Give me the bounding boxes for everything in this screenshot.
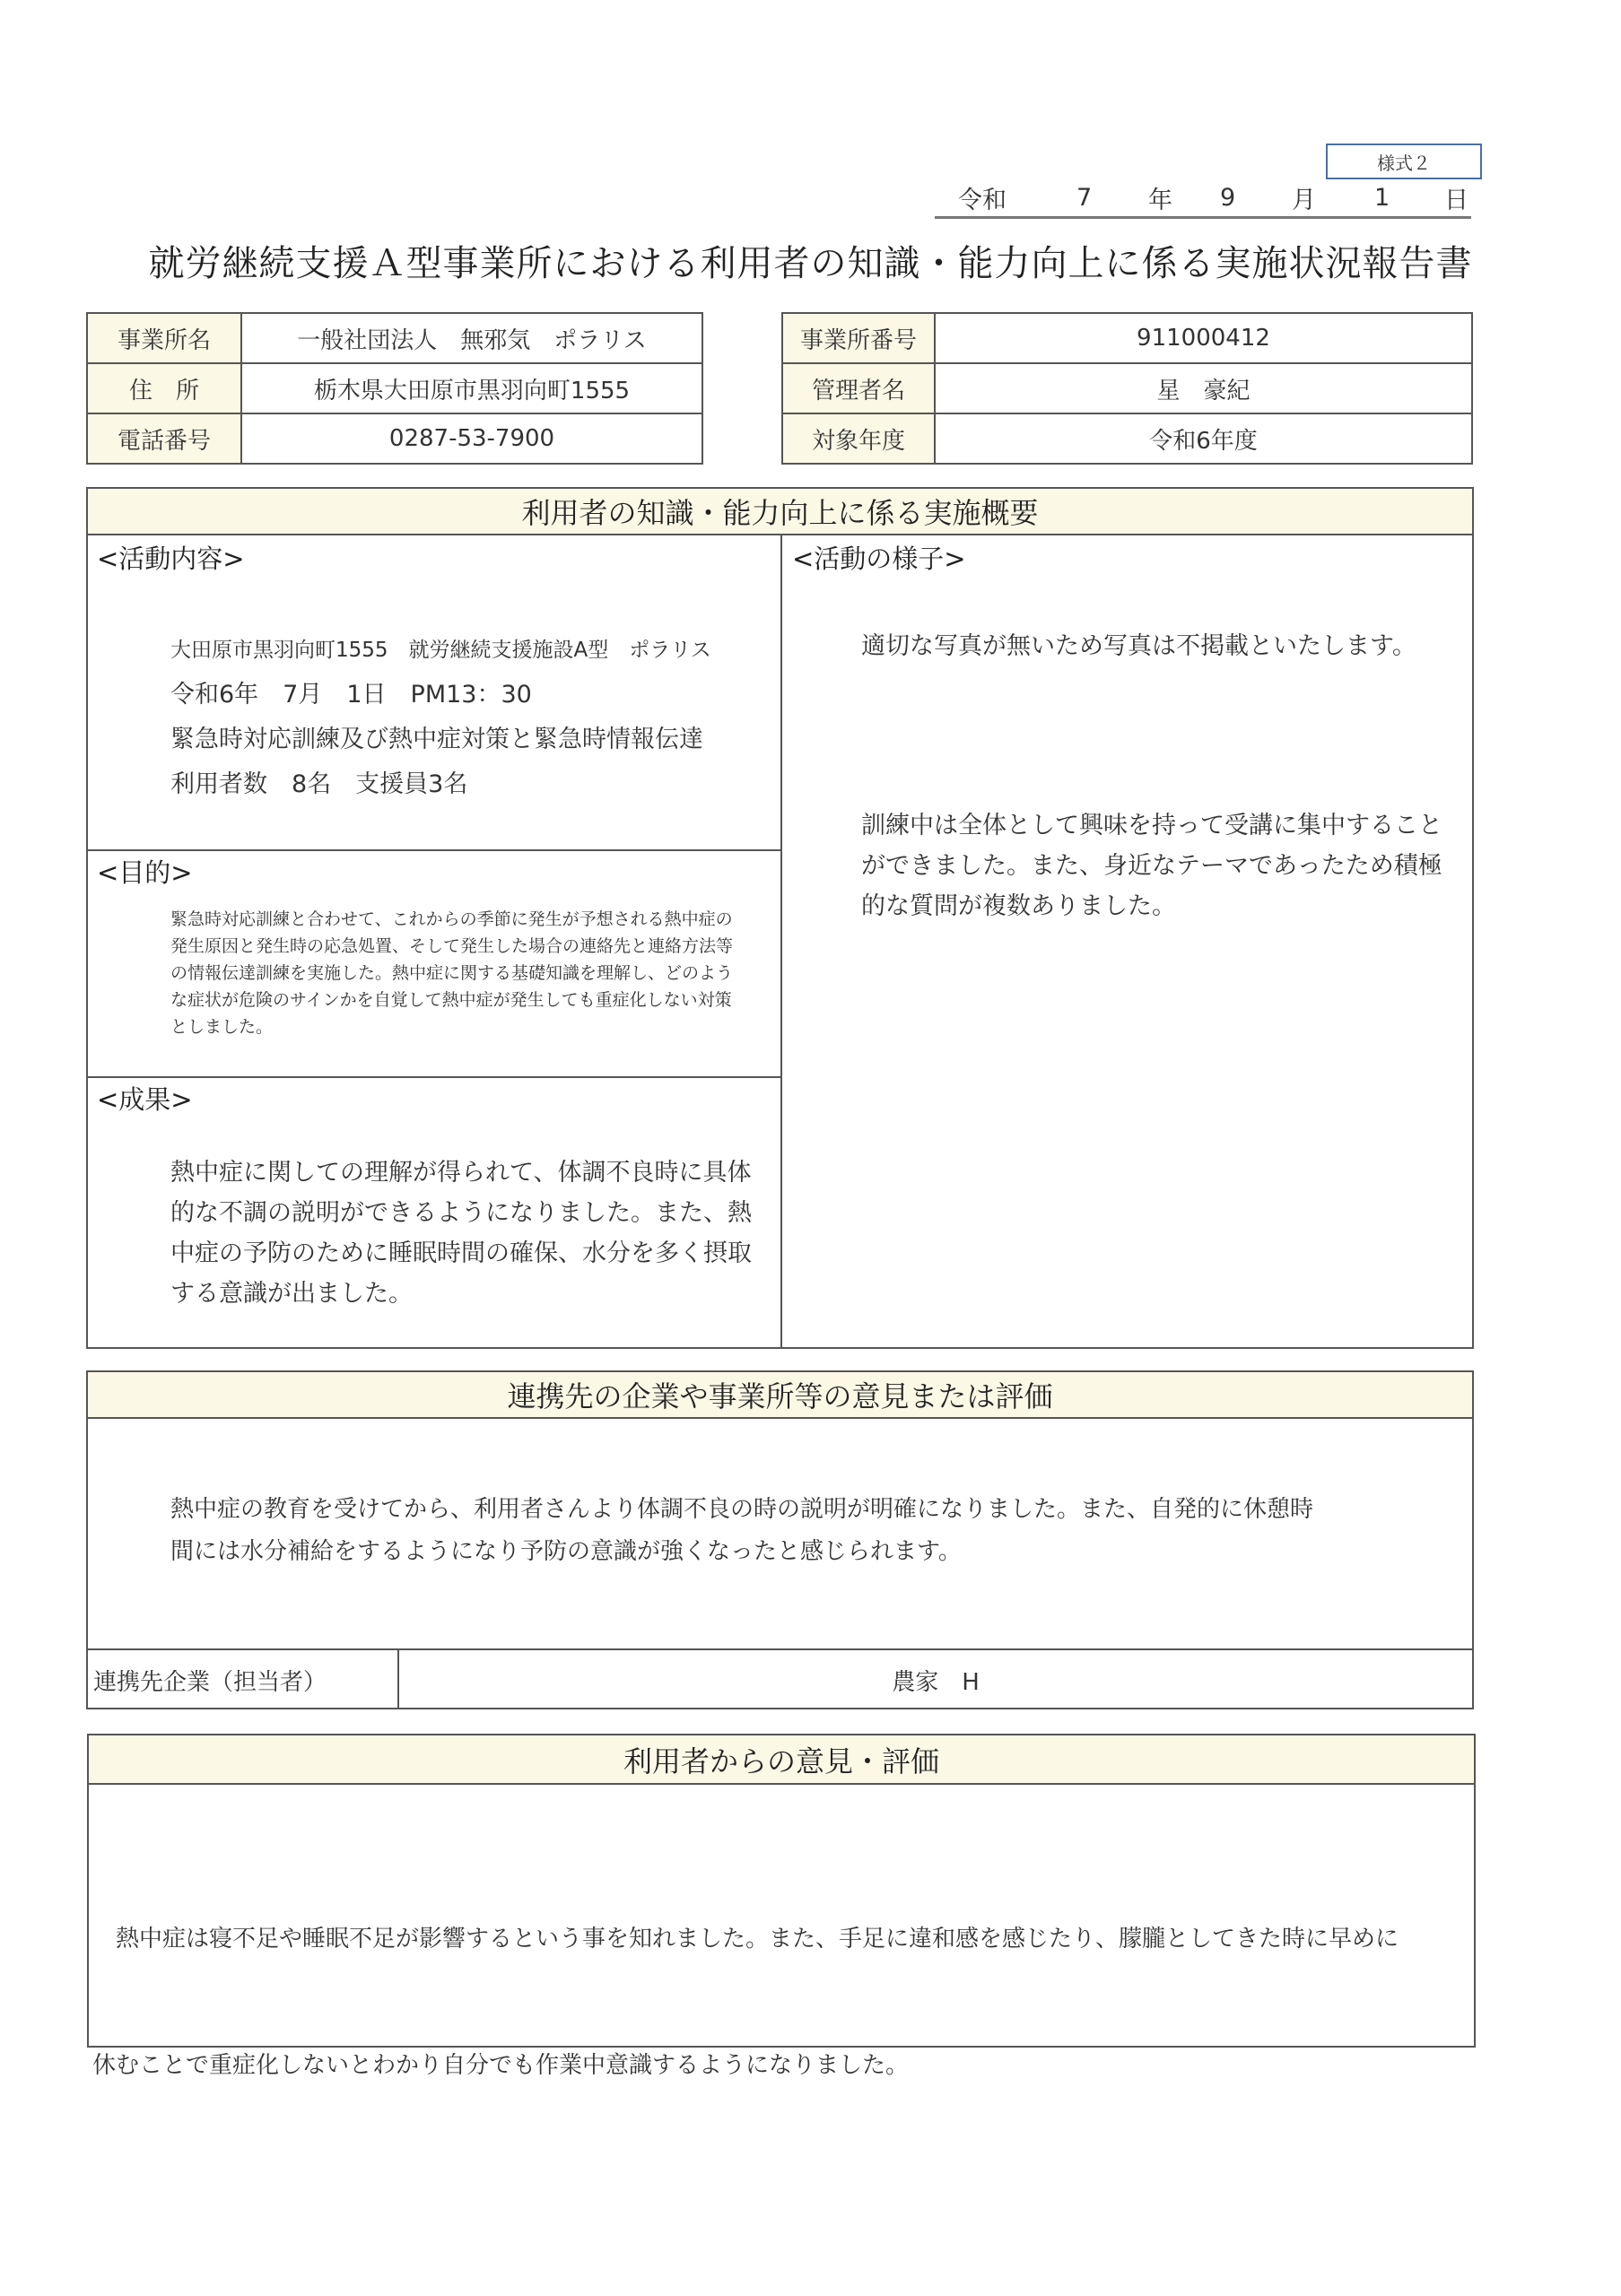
user-feedback-section: 利用者からの意見・評価 熱中症は寝不足や睡眠不足が影響するという事を知れました。… bbox=[87, 1734, 1476, 2048]
purpose-line: 緊急時対応訓練と合わせて、これからの季節に発生が予想される熱中症の bbox=[170, 906, 733, 933]
activity-label: <活動内容> bbox=[97, 539, 245, 576]
divider bbox=[88, 849, 780, 851]
info-value: 栃木県大田原市黒羽向町1555 bbox=[241, 363, 702, 413]
results-line: 的な不調の説明ができるようになりました。また、熱 bbox=[170, 1193, 752, 1233]
scene-line: ができました。また、身近なテーマであったため積極 bbox=[861, 846, 1442, 886]
scene-content: 訓練中は全体として興味を持って受講に集中すること ができました。また、身近なテー… bbox=[861, 805, 1442, 926]
photo-note: 適切な写真が無いため写真は不掲載といたします。 bbox=[861, 626, 1416, 661]
info-value: 0287-53-7900 bbox=[241, 413, 702, 464]
purpose-line: 発生原因と発生時の応急処置、そして発生した場合の連絡先と連絡方法等 bbox=[170, 933, 733, 960]
info-row-target-year: 対象年度 令和6年度 bbox=[782, 413, 1472, 464]
purpose-line: な症状が危険のサインかを自覚して熱中症が発生しても重症化しない対策 bbox=[170, 987, 733, 1013]
results-line: 熱中症に関しての理解が得られて、体調不良時に具体 bbox=[170, 1152, 752, 1193]
purpose-content: 緊急時対応訓練と合わせて、これからの季節に発生が予想される熱中症の 発生原因と発… bbox=[170, 906, 733, 1040]
column-divider bbox=[780, 535, 782, 1349]
scene-label: <活動の様子> bbox=[792, 539, 966, 576]
user-feedback-line: 熱中症は寝不足や睡眠不足が影響するという事を知れました。また、手足に違和感を感じ… bbox=[92, 1918, 1399, 1961]
form-number: 様式２ bbox=[1377, 149, 1431, 175]
overview-heading: 利用者の知識・能力向上に係る実施概要 bbox=[88, 489, 1472, 535]
office-id-table: 事業所番号 911000412 管理者名 星 豪紀 対象年度 令和6年度 bbox=[781, 312, 1473, 465]
date-day: 1 bbox=[1374, 184, 1390, 212]
office-info-table: 事業所名 一般社団法人 無邪気 ポラリス 住 所 栃木県大田原市黒羽向町1555… bbox=[86, 312, 703, 465]
report-date: 令和 7 年 9 月 1 日 bbox=[935, 179, 1471, 219]
partner-contact-label: 連携先企業（担当者） bbox=[93, 1664, 327, 1697]
info-label: 住 所 bbox=[87, 363, 241, 413]
info-row-phone: 電話番号 0287-53-7900 bbox=[87, 413, 702, 464]
scene-line: 的な質問が複数ありました。 bbox=[861, 886, 1442, 926]
partner-section: 連携先の企業や事業所等の意見または評価 熱中症の教育を受けてから、利用者さんより… bbox=[86, 1370, 1474, 1709]
info-label: 事業所番号 bbox=[782, 313, 935, 363]
partner-line: 熱中症の教育を受けてから、利用者さんより体調不良の時の説明が明確になりました。ま… bbox=[170, 1489, 1313, 1531]
activity-line: 利用者数 8名 支援員3名 bbox=[170, 762, 711, 807]
results-line: 中症の予防のために睡眠時間の確保、水分を多く摂取 bbox=[170, 1233, 752, 1274]
info-row-office-name: 事業所名 一般社団法人 無邪気 ポラリス bbox=[87, 313, 702, 363]
date-year-unit: 年 bbox=[1148, 180, 1172, 215]
info-value: 令和6年度 bbox=[935, 413, 1472, 464]
info-value: 一般社団法人 無邪気 ポラリス bbox=[241, 313, 702, 363]
purpose-line: の情報伝達訓練を実施した。熱中症に関する基礎知識を理解し、どのよう bbox=[170, 960, 733, 987]
activity-line: 大田原市黒羽向町1555 就労継続支援施設A型 ポラリス bbox=[170, 628, 711, 673]
activity-line: 令和6年 7月 1日 PM13：30 bbox=[170, 673, 711, 717]
info-label: 事業所名 bbox=[87, 313, 241, 363]
info-label: 電話番号 bbox=[87, 413, 241, 464]
info-row-address: 住 所 栃木県大田原市黒羽向町1555 bbox=[87, 363, 702, 413]
date-month-unit: 月 bbox=[1292, 180, 1316, 215]
divider bbox=[88, 1648, 1472, 1650]
partner-comment: 熱中症の教育を受けてから、利用者さんより体調不良の時の説明が明確になりました。ま… bbox=[170, 1489, 1313, 1573]
results-line: する意識が出ました。 bbox=[170, 1274, 752, 1314]
document-title: 就労継続支援Ａ型事業所における利用者の知識・能力向上に係る実施状況報告書 bbox=[0, 235, 1621, 286]
purpose-label: <目的> bbox=[97, 853, 193, 890]
info-row-manager: 管理者名 星 豪紀 bbox=[782, 363, 1472, 413]
user-feedback-comment: 熱中症は寝不足や睡眠不足が影響するという事を知れました。また、手足に違和感を感じ… bbox=[92, 1834, 1399, 2171]
date-day-unit: 日 bbox=[1444, 180, 1468, 215]
activity-line: 緊急時対応訓練及び熱中症対策と緊急時情報伝達 bbox=[170, 717, 711, 762]
info-label: 管理者名 bbox=[782, 363, 935, 413]
date-era: 令和 bbox=[958, 180, 1007, 215]
form-number-box: 様式２ bbox=[1326, 143, 1482, 179]
partner-contact-value: 農家 H bbox=[399, 1664, 1472, 1697]
date-month: 9 bbox=[1220, 184, 1235, 212]
user-feedback-line: 休むことで重症化しないとわかり自分でも作業中意識するようになりました。 bbox=[92, 2045, 1399, 2087]
partner-line: 間には水分補給をするようになり予防の意識が強くなったと感じられます。 bbox=[170, 1531, 1313, 1573]
info-row-office-number: 事業所番号 911000412 bbox=[782, 313, 1472, 363]
user-feedback-heading: 利用者からの意見・評価 bbox=[89, 1735, 1474, 1785]
partner-heading: 連携先の企業や事業所等の意見または評価 bbox=[88, 1372, 1472, 1419]
purpose-line: としました。 bbox=[170, 1013, 733, 1040]
info-value: 星 豪紀 bbox=[935, 363, 1472, 413]
info-value: 911000412 bbox=[935, 313, 1472, 363]
scene-line: 訓練中は全体として興味を持って受講に集中すること bbox=[861, 805, 1442, 846]
activity-content: 大田原市黒羽向町1555 就労継続支援施設A型 ポラリス 令和6年 7月 1日 … bbox=[170, 628, 711, 807]
overview-section: 利用者の知識・能力向上に係る実施概要 <活動内容> 大田原市黒羽向町1555 就… bbox=[86, 487, 1474, 1349]
info-label: 対象年度 bbox=[782, 413, 935, 464]
results-label: <成果> bbox=[97, 1080, 193, 1117]
results-content: 熱中症に関しての理解が得られて、体調不良時に具体 的な不調の説明ができるようにな… bbox=[170, 1152, 752, 1314]
divider bbox=[88, 1076, 780, 1078]
date-year: 7 bbox=[1076, 184, 1092, 212]
